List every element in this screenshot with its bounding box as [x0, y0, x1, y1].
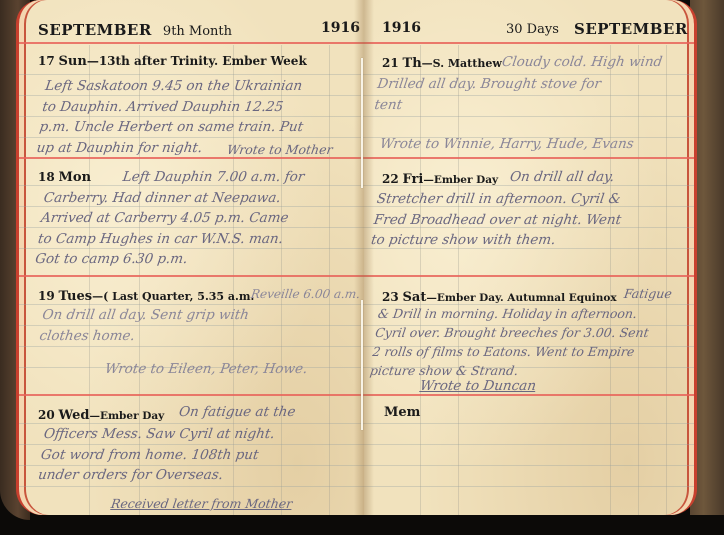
entry-22-inline: On drill all day.	[509, 167, 616, 188]
handwritten-line: to picture show with them.	[370, 230, 620, 251]
header-year: 1916	[382, 20, 421, 36]
header-days: 30 Days	[506, 22, 559, 37]
diary-book: SEPTEMBER 9th Month 1916 17 Sun—13th aft…	[0, 0, 724, 535]
entry-21-postscript: Wrote to Winnie, Harry, Hude, Evans	[379, 134, 636, 155]
grid-line	[19, 74, 367, 75]
handwritten-line: Arrived at Carberry 4.05 p.m. Came	[40, 208, 300, 229]
handwritten-line: Carberry. Had dinner at Neepawa.	[42, 188, 302, 209]
day-divider	[19, 275, 367, 277]
page-gutter	[354, 0, 374, 515]
day-weekday: Sat	[403, 290, 427, 305]
day-weekday: Sun	[59, 54, 87, 69]
day-number: 20	[38, 408, 55, 422]
day-heading-20: 20 Wed—Ember Day	[38, 408, 164, 423]
handwritten-line: 2 rolls of films to Eatons. Went to Empi…	[371, 342, 647, 361]
entry-20-postscript: Received letter from Mother	[110, 494, 294, 515]
handwritten-line: Left Dauphin 7.00 a.m. for	[45, 167, 305, 188]
entry-21-text: Drilled all day. Brought stove for tent	[373, 74, 602, 115]
day-note: —Ember Day	[423, 174, 498, 186]
binding-thread	[361, 300, 363, 430]
day-heading-21: 21 Th—S. Matthew	[382, 56, 502, 71]
entry-19-text: On drill all day. Sent grip with clothes…	[38, 305, 250, 346]
entry-19-inline: Reveille 6.00 a.m.	[250, 284, 362, 305]
left-header: SEPTEMBER 9th Month	[38, 20, 232, 39]
entry-23-inline: Fatigue	[623, 284, 674, 305]
handwritten-line: to Camp Hughes in car W.N.S. man.	[37, 229, 297, 250]
grid-line	[364, 444, 694, 445]
entry-17-postscript: Wrote to Mother	[226, 140, 334, 161]
handwritten-line: Fred Broadhead over at night. Went	[373, 210, 623, 231]
day-heading-22: 22 Fri—Ember Day	[382, 172, 498, 187]
handwritten-line: & Drill in morning. Holiday in afternoon…	[377, 304, 653, 323]
header-month: SEPTEMBER	[38, 21, 152, 39]
left-page: SEPTEMBER 9th Month 1916 17 Sun—13th aft…	[16, 0, 367, 515]
day-note: —( Last Quarter, 5.35 a.m.	[92, 290, 254, 303]
handwritten-line: Stretcher drill in afternoon. Cyril &	[375, 189, 625, 210]
handwritten-line: On drill all day. Sent grip with	[41, 305, 250, 326]
handwritten-line: to Dauphin. Arrived Dauphin 12.25	[41, 97, 307, 118]
entry-20-inline: On fatigue at the	[178, 402, 297, 423]
grid-line	[364, 465, 694, 466]
handwritten-line: tent	[373, 95, 599, 116]
day-note: —S. Matthew	[422, 57, 502, 70]
handwritten-line: Officers Mess. Saw Cyril at night.	[42, 424, 276, 445]
day-number: 22	[382, 172, 399, 186]
grid-line	[19, 486, 367, 487]
header-month-number: 9th Month	[163, 24, 232, 39]
day-divider	[19, 394, 367, 396]
right-page: 1916 30 Days SEPTEMBER 21 Th—S. Matthew …	[364, 0, 697, 515]
day-number: 21	[382, 56, 399, 70]
day-note: —Ember Day	[89, 410, 164, 422]
header-rule	[364, 42, 694, 44]
day-note: —Ember Day. Autumnal Equinox	[426, 292, 616, 304]
handwritten-line: Left Saskatoon 9.45 on the Ukrainian	[44, 76, 310, 97]
memo-heading: Mem	[384, 405, 420, 420]
header-rule	[19, 42, 367, 44]
day-divider	[364, 275, 694, 277]
handwritten-line: under orders for Overseas.	[37, 465, 271, 486]
day-divider	[364, 157, 694, 159]
day-weekday: Fri	[403, 172, 424, 187]
handwritten-line: Got to camp 6.30 p.m.	[34, 249, 294, 270]
day-weekday: Wed	[59, 408, 90, 423]
handwritten-line: p.m. Uncle Herbert on same train. Put	[38, 117, 304, 138]
grid-line	[364, 116, 694, 117]
day-weekday: Tues	[59, 289, 93, 304]
handwritten-line: clothes home.	[38, 326, 247, 347]
handwritten-line: Cyril over. Brought breeches for 3.00. S…	[374, 323, 650, 342]
day-weekday: Th	[403, 56, 422, 71]
grid-line	[19, 346, 367, 347]
day-note: —13th after Trinity. Ember Week	[87, 54, 307, 68]
day-heading-19: 19 Tues—( Last Quarter, 5.35 a.m.	[38, 289, 254, 304]
day-number: 17	[38, 54, 55, 68]
entry-19-postscript: Wrote to Eileen, Peter, Howe.	[104, 360, 337, 378]
binding-thread	[361, 58, 363, 188]
grid-line	[364, 486, 694, 487]
entry-23-text: & Drill in morning. Holiday in afternoon…	[369, 304, 653, 380]
entry-22-text: Stretcher drill in afternoon. Cyril & Fr…	[370, 189, 626, 251]
day-number: 19	[38, 289, 55, 303]
day-heading-23: 23 Sat—Ember Day. Autumnal Equinox	[382, 290, 617, 305]
header-month: SEPTEMBER	[574, 20, 688, 38]
memo-label: Mem	[384, 405, 420, 420]
entry-23-postscript: Wrote to Duncan	[419, 376, 538, 397]
entry-20-text: Officers Mess. Saw Cyril at night. Got w…	[37, 424, 276, 486]
day-heading-17: 17 Sun—13th after Trinity. Ember Week	[38, 54, 307, 69]
day-number: 23	[382, 290, 399, 304]
grid-line	[364, 423, 694, 424]
entry-18-text: Left Dauphin 7.00 a.m. for Carberry. Had…	[34, 167, 306, 270]
entry-21-inline: Cloudy cold. High wind	[501, 52, 664, 73]
handwritten-line: Drilled all day. Brought stove for	[376, 74, 602, 95]
handwritten-line: Got word from home. 108th put	[40, 445, 274, 466]
